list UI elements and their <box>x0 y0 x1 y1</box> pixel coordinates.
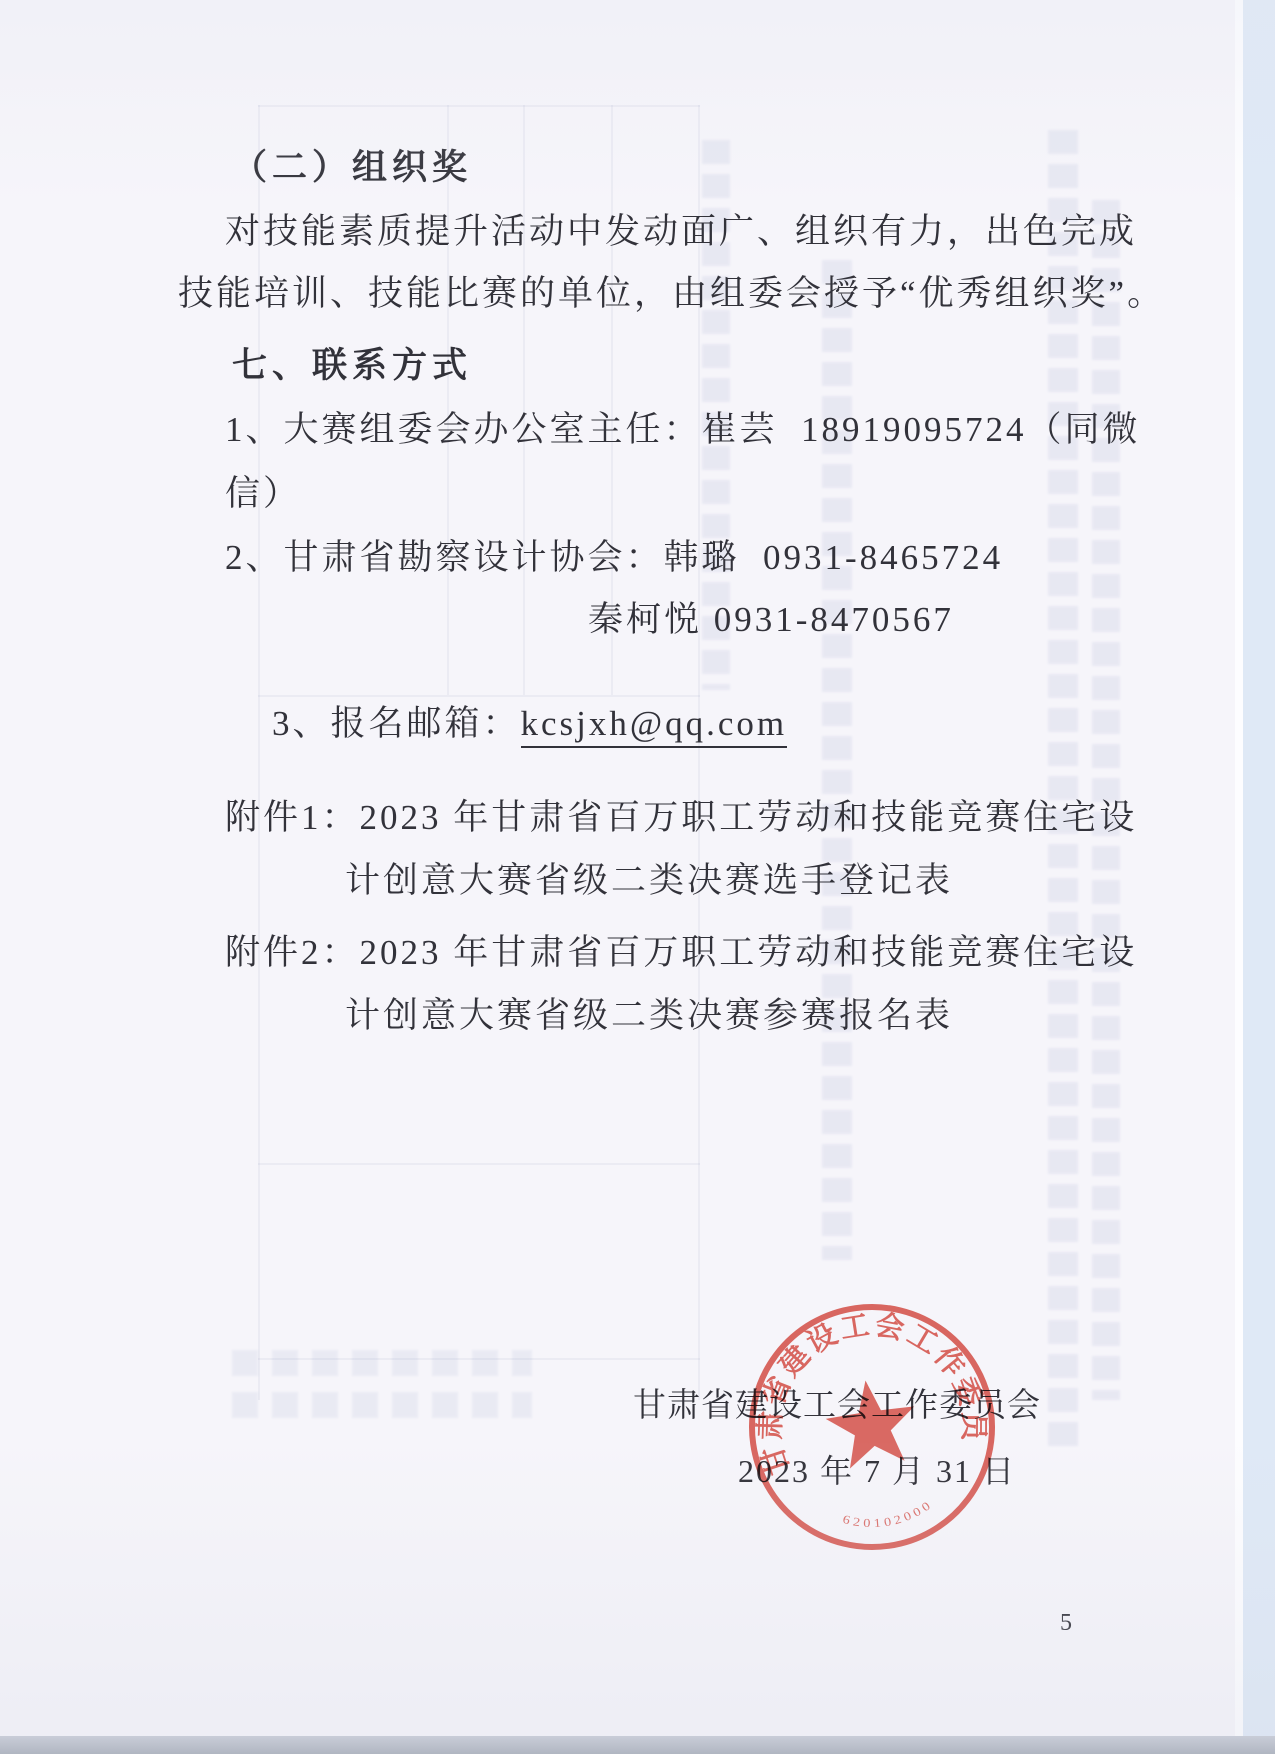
attachment-2-line-2: 计创意大赛省级二类决赛参赛报名表 <box>345 996 953 1036</box>
seal-star-icon <box>821 1374 921 1471</box>
contact-item-1-line-2: 信） <box>225 474 301 514</box>
page-number: 5 <box>1060 1610 1072 1638</box>
bleedthrough-grid-hline <box>258 105 700 107</box>
contact-item-2-line-2: 秦柯悦 0931-8470567 <box>588 600 954 640</box>
attachment-1-line-2: 计创意大赛省级二类决赛选手登记表 <box>345 861 953 901</box>
attachment-2-line-1: 附件2：2023 年甘肃省百万职工劳动和技能竞赛住宅设 <box>225 933 1137 973</box>
bleedthrough-text-row <box>232 1350 532 1376</box>
registration-email: kcsjxh@qq.com <box>521 704 788 748</box>
contact-item-2-line-1: 2、甘肃省勘察设计协会：韩璐 0931-8465724 <box>225 538 1003 578</box>
contact-item-3: 3、报名邮箱：kcsjxh@qq.com <box>225 664 787 785</box>
bleedthrough-grid-vline <box>523 105 525 695</box>
bleedthrough-text-column <box>1048 130 1078 1450</box>
section-heading-organization-award: （二）组织奖 <box>232 148 472 188</box>
scanned-document-page: （二）组织奖 对技能素质提升活动中发动面广、组织有力，出色完成 技能培训、技能比… <box>0 0 1275 1754</box>
paragraph-line-1: 对技能素质提升活动中发动面广、组织有力，出色完成 <box>225 212 1137 252</box>
official-seal: 甘肃省建设工会工作委员会 6201020002047 <box>725 1280 1019 1574</box>
bleedthrough-grid-vline <box>447 105 449 695</box>
paragraph-line-2: 技能培训、技能比赛的单位，由组委会授予“优秀组织奖”。 <box>178 274 1165 314</box>
contact-item-1-line-1: 1、大赛组委会办公室主任：崔芸 18919095724（同微 <box>225 410 1141 450</box>
bleedthrough-text-row <box>232 1392 532 1418</box>
attachment-1-line-1: 附件1：2023 年甘肃省百万职工劳动和技能竞赛住宅设 <box>225 798 1137 838</box>
email-label: 3、报名邮箱： <box>272 704 521 743</box>
scan-right-margin <box>1243 0 1275 1754</box>
section-heading-contact-info: 七、联系方式 <box>232 346 472 386</box>
scan-bottom-shadow <box>0 1736 1275 1754</box>
scan-page-edge-highlight <box>1235 0 1243 1754</box>
bleedthrough-grid-hline <box>258 1163 700 1165</box>
